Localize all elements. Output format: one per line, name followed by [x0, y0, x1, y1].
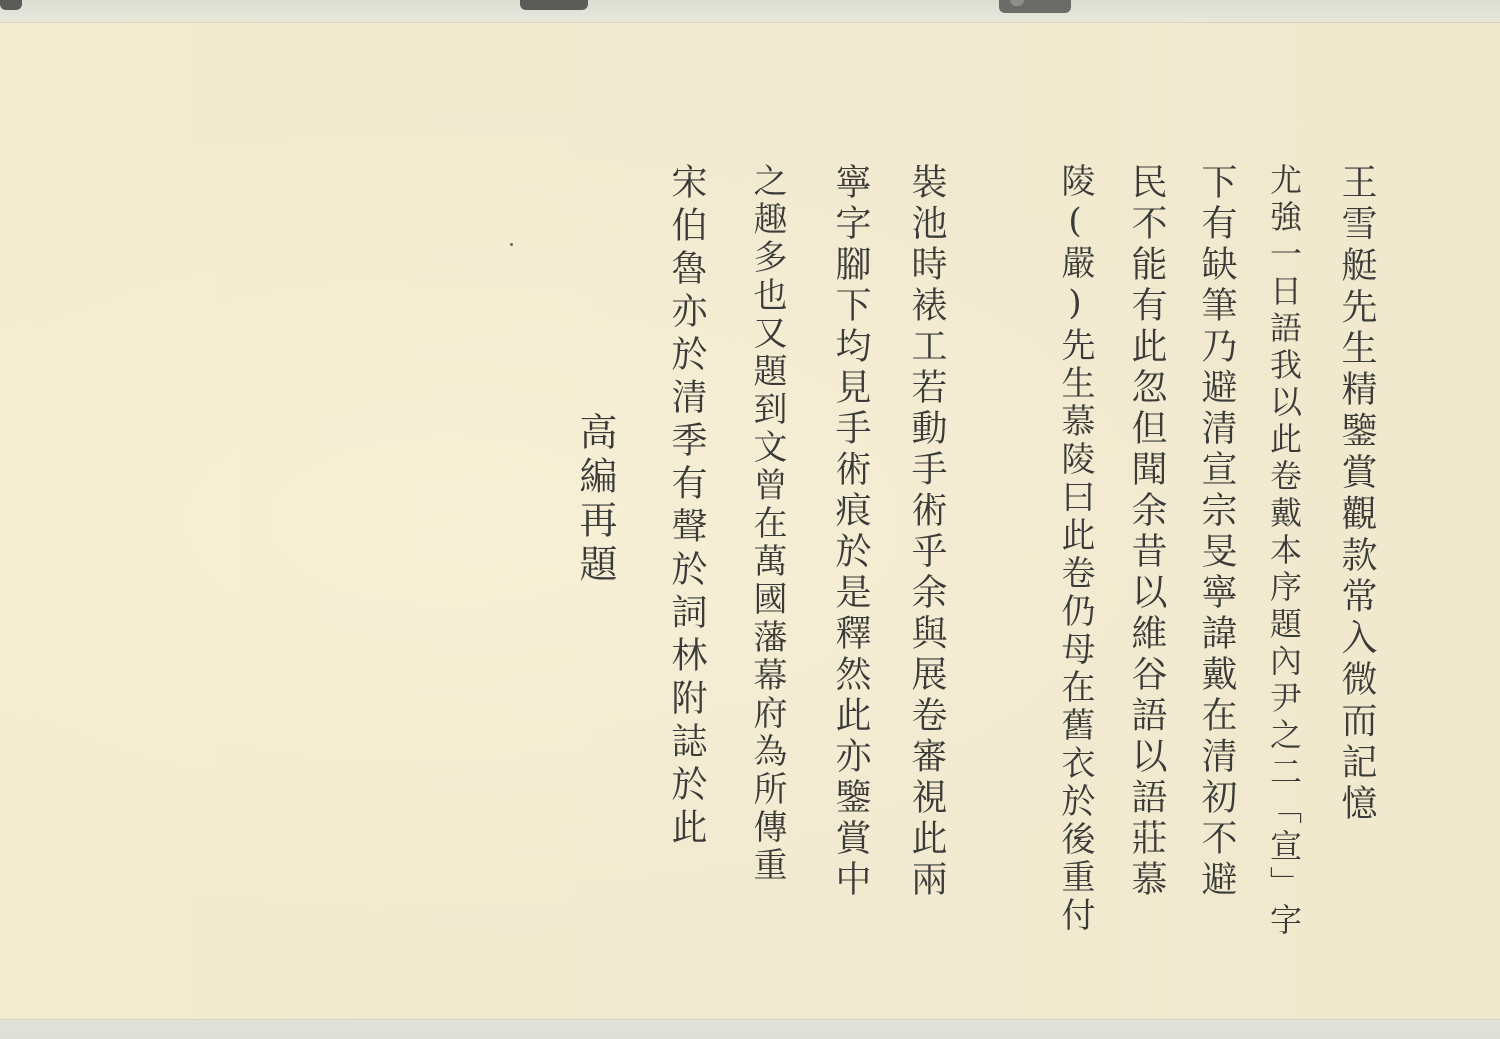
calligraphy-column-8: 之趣多也又題到文曾在萬國藩幕府為所傳重	[750, 163, 784, 885]
calligraphy-column-2: 尤強一日語我以此卷戴本序題內尹之二「宣」字	[1268, 163, 1300, 940]
calligraphy-column-5: 陵(嚴)先生慕陵曰此卷仍母在舊衣於後重付	[1058, 163, 1092, 935]
calligraphy-column-6: 裝池時裱工若動手術乎余與展卷審視此兩	[908, 163, 944, 901]
calligraphy-column-4: 民不能有此忽但聞余昔以維谷語以語莊慕	[1128, 163, 1164, 901]
paper-speck	[510, 243, 513, 246]
scroll-clip-right	[999, 0, 1071, 13]
scroll-clip-left	[0, 0, 22, 10]
calligraphy-column-9: 宋伯魯亦於清季有聲於詞林附誌於此	[668, 163, 704, 851]
calligraphy-column-3: 下有缺筆乃避清宣宗旻寧諱戴在清初不避	[1198, 163, 1234, 901]
calligraphy-column-1: 王雪艇先生精鑒賞觀款常入微而記憶	[1338, 163, 1374, 825]
calligraphy-column-7: 寧字腳下均見手術痕於是釋然此亦鑒賞中	[832, 163, 868, 901]
bottom-mounting-silk	[0, 1019, 1500, 1039]
top-mounting-silk	[0, 0, 1500, 23]
scroll-clip-middle	[520, 0, 588, 10]
signature-column: 高編再題	[576, 412, 614, 588]
